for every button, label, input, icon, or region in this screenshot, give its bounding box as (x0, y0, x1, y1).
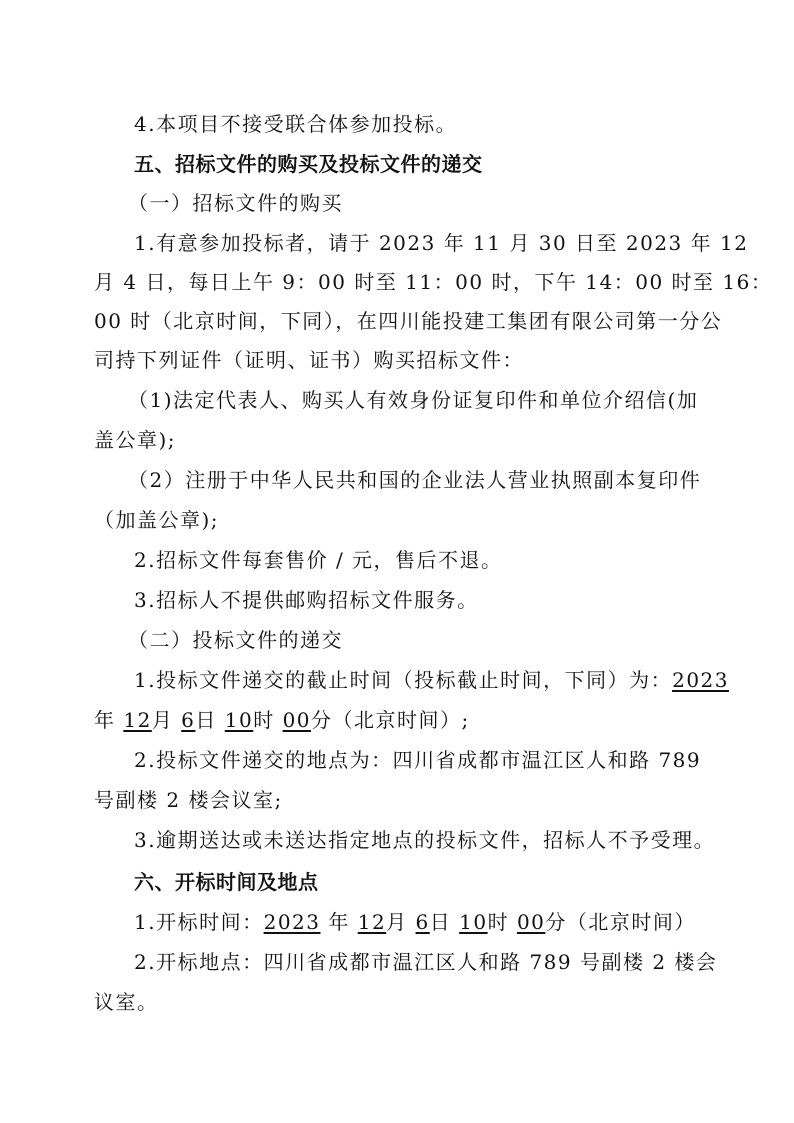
deadline-prefix: 1.投标文件递交的截止时间（投标截止时间，下同）为： (134, 668, 672, 692)
purchase-para-1-line-4: 司持下列证件（证明、证书）购买招标文件： (94, 346, 524, 374)
deadline-month: 12 (123, 708, 151, 732)
purchase-para-1-line-1: 1.有意参加投标者，请于 2023 年 11 月 30 日至 2023 年 12 (134, 229, 748, 257)
deadline-minute: 00 (283, 708, 311, 732)
opening-minute: 00 (517, 910, 545, 934)
opening-time-suffix: （北京时间） (567, 910, 696, 934)
certificate-1-line-2: 盖公章); (94, 426, 176, 454)
deadline-line-1: 1.投标文件递交的截止时间（投标截止时间，下同）为：2023 (134, 666, 729, 694)
purchase-para-1-line-3: 00 时（北京时间，下同），在四川能投建工集团有限公司第一分公 (94, 307, 722, 335)
opening-location-line-2: 议室。 (94, 988, 159, 1016)
section-6-heading: 六、开标时间及地点 (134, 868, 319, 896)
unit-minute: 分 (545, 910, 567, 934)
opening-day: 6 (416, 910, 430, 934)
unit-hour: 时 (488, 910, 510, 934)
deadline-hour: 10 (225, 708, 253, 732)
opening-location-line-1: 2.开标地点：四川省成都市温江区人和路 789 号副楼 2 楼会 (134, 948, 717, 976)
unit-month: 月 (386, 910, 408, 934)
subsection-1-heading: （一）招标文件的购买 (128, 189, 343, 217)
unit-month: 月 (152, 708, 174, 732)
unit-year: 年 (94, 708, 116, 732)
unit-day: 日 (430, 910, 452, 934)
submission-location-line-1: 2.投标文件递交的地点为：四川省成都市温江区人和路 789 (134, 746, 701, 774)
price-para: 2.招标文件每套售价 / 元，售后不退。 (134, 546, 503, 574)
unit-minute: 分 (311, 708, 333, 732)
subsection-2-heading: （二）投标文件的递交 (128, 626, 343, 654)
unit-year: 年 (328, 910, 350, 934)
certificate-2-line-1: （2）注册于中华人民共和国的企业法人营业执照副本复印件 (128, 466, 701, 494)
deadline-year: 2023 (672, 668, 729, 692)
section-5-heading: 五、招标文件的购买及投标文件的递交 (134, 150, 483, 178)
opening-year: 2023 (264, 910, 321, 934)
deadline-line-2: 年 12月 6日 10时 00分（北京时间）; (94, 706, 470, 734)
deadline-suffix: （北京时间）; (333, 708, 470, 732)
opening-hour: 10 (459, 910, 487, 934)
no-mail-para: 3.招标人不提供邮购招标文件服务。 (134, 586, 479, 614)
purchase-para-1-line-2: 月 4 日，每日上午 9：00 时至 11：00 时，下午 14：00 时至 1… (94, 268, 772, 296)
late-submission-para: 3.逾期送达或未送达指定地点的投标文件，招标人不予受理。 (134, 826, 715, 854)
deadline-day: 6 (181, 708, 195, 732)
unit-day: 日 (195, 708, 217, 732)
opening-month: 12 (358, 910, 386, 934)
opening-time-prefix: 1.开标时间： (134, 910, 264, 934)
certificate-2-line-2: （加盖公章); (94, 506, 219, 534)
submission-location-line-2: 号副楼 2 楼会议室; (94, 786, 283, 814)
opening-time-line: 1.开标时间：2023 年 12月 6日 10时 00分（北京时间） (134, 908, 696, 936)
unit-hour: 时 (253, 708, 275, 732)
item-4: 4.本项目不接受联合体参加投标。 (134, 110, 457, 138)
document-page: 4.本项目不接受联合体参加投标。 五、招标文件的购买及投标文件的递交 （一）招标… (0, 0, 794, 1123)
certificate-1-line-1: （1)法定代表人、购买人有效身份证复印件和单位介绍信(加 (128, 386, 698, 414)
